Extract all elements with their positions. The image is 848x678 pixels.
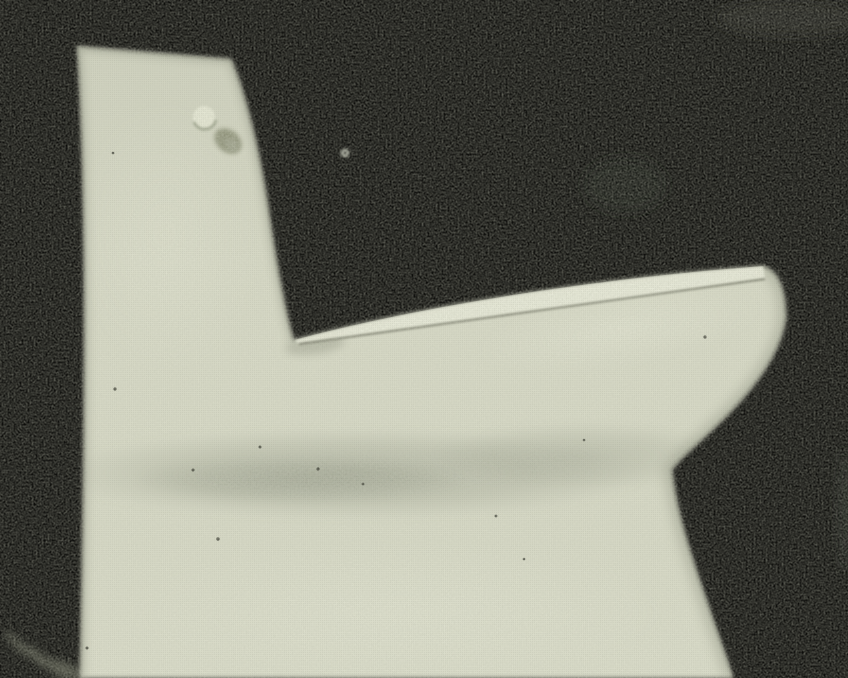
film-grain-overlay bbox=[0, 0, 848, 678]
photo-canvas bbox=[0, 0, 848, 678]
halftone-photo bbox=[0, 0, 848, 678]
